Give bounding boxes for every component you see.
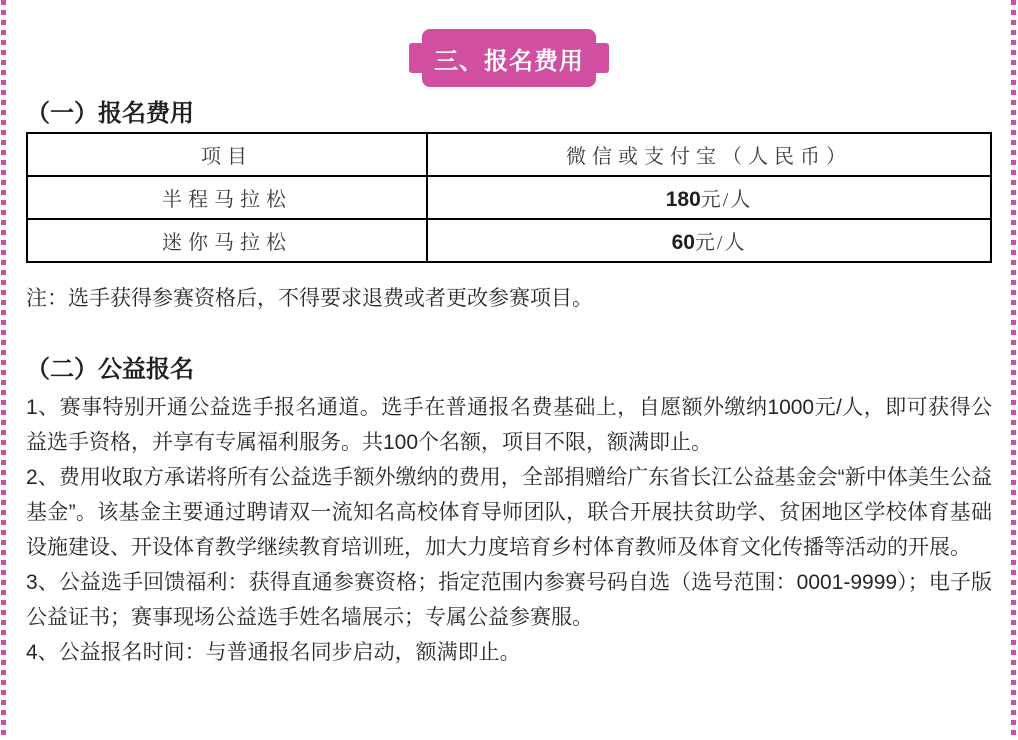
charity-paragraph-1: 1、赛事特别开通公益选手报名通道。选手在普通报名费基础上，自愿额外缴纳1000元… xyxy=(26,390,992,460)
price-amount: 60 xyxy=(672,231,695,254)
charity-paragraph-3: 3、公益选手回馈福利：获得直通参赛资格；指定范围内参赛号码自选（选号范围：000… xyxy=(26,565,992,635)
dotted-border-right xyxy=(1011,0,1016,740)
section-ribbon-badge: 三、报名费用 xyxy=(422,29,596,87)
fee-item-price: 180元/人 xyxy=(427,176,991,219)
refund-note: 注：选手获得参赛资格后，不得要求退费或者更改参赛项目。 xyxy=(26,284,992,314)
fee-table: 项目 微信或支付宝（人民币） 半程马拉松 180元/人 迷你马拉松 60元/人 xyxy=(26,132,992,263)
price-amount: 180 xyxy=(666,188,701,211)
table-row: 迷你马拉松 60元/人 xyxy=(27,219,991,262)
fee-table-header-item: 项目 xyxy=(27,133,427,176)
subsection-1-heading: （一）报名费用 xyxy=(26,98,992,130)
dotted-border-left xyxy=(1,0,6,740)
charity-paragraph-2: 2、费用收取方承诺将所有公益选手额外缴纳的费用，全部捐赠给广东省长江公益基金会“… xyxy=(26,460,992,565)
price-unit: 元/人 xyxy=(695,232,747,254)
fee-item-name: 半程马拉松 xyxy=(27,176,427,219)
subsection-2-heading: （二）公益报名 xyxy=(26,354,992,386)
section-title: 三、报名费用 xyxy=(434,41,584,76)
fee-item-name: 迷你马拉松 xyxy=(27,219,427,262)
fee-table-header-row: 项目 微信或支付宝（人民币） xyxy=(27,133,991,176)
page-content: 三、报名费用 （一）报名费用 项目 微信或支付宝（人民币） 半程马拉松 180元… xyxy=(0,29,1018,670)
price-unit: 元/人 xyxy=(701,189,753,211)
table-row: 半程马拉松 180元/人 xyxy=(27,176,991,219)
fee-item-price: 60元/人 xyxy=(427,219,991,262)
fee-table-header-payment: 微信或支付宝（人民币） xyxy=(427,133,991,176)
charity-paragraph-4: 4、公益报名时间：与普通报名同步启动，额满即止。 xyxy=(26,635,992,670)
